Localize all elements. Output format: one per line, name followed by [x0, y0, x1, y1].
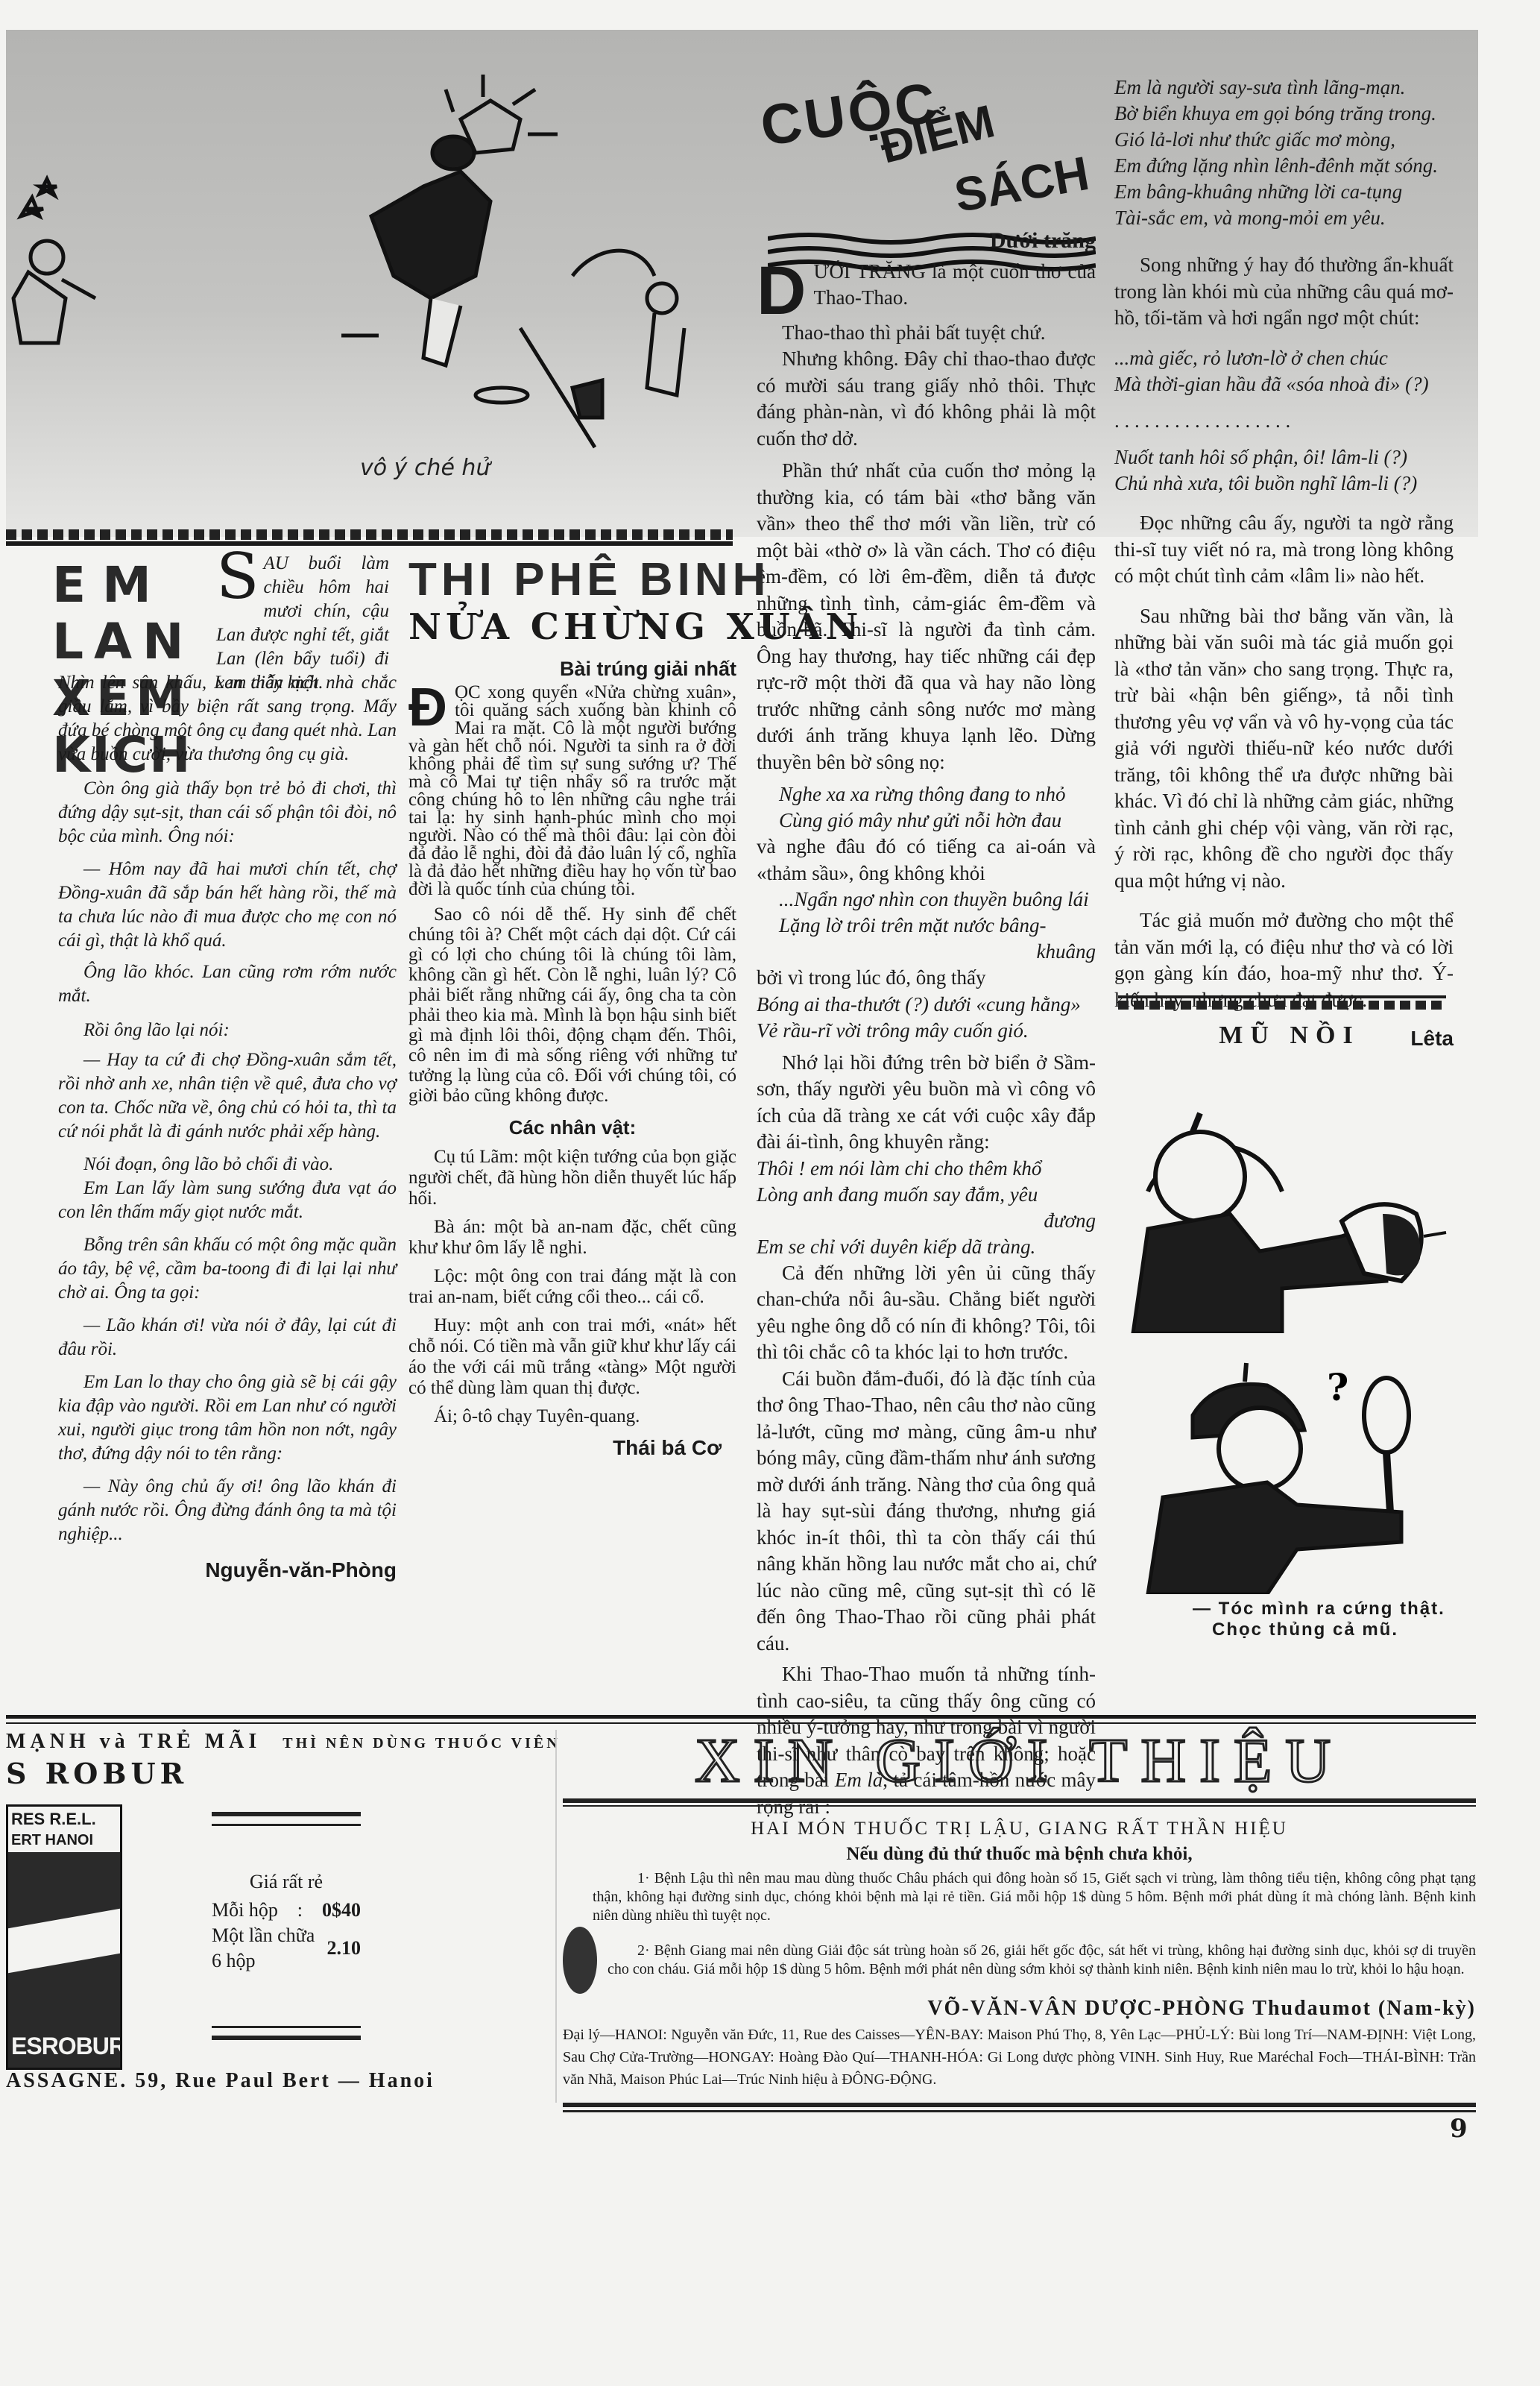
story-paragraph: Rồi ông lão lại nói: [58, 1019, 397, 1042]
poem-line: Chủ nhà xưa, tôi buồn nghĩ lâm-li (?) [1114, 470, 1454, 497]
svg-text:?: ? [1327, 1365, 1348, 1409]
review-paragraph: Đọc những câu ấy, người ta ngờ rằng thi-… [1114, 510, 1454, 590]
characters-heading: Các nhân vật: [408, 1116, 736, 1139]
story-paragraph: — Hôm nay đã hai mươi chín tết, chợ Đồng… [58, 857, 397, 953]
critique-subtitle: Bài trúng giải nhất [408, 658, 736, 681]
page-number: 9 [1450, 2114, 1468, 2144]
review-paragraph: Nhớ lại hồi đứng trên bờ biển ở Sầm-sơn,… [757, 1050, 1096, 1156]
robur-price-box: Giá rất rẻ Mỗi hộp : 0$40 Một lần chữa 6… [212, 1812, 361, 2040]
medicine-seal-icon [563, 1927, 597, 1994]
story-paragraph: Nói đoạn, ông lão bỏ chổi đi vào. [58, 1153, 397, 1177]
critique-column: THI PHÊ BINH NỬA CHỪNG XUÂN Bài trúng gi… [408, 555, 736, 1460]
poem-line: Gió lả-lơi như thức giấc mơ mòng, [1114, 127, 1454, 153]
robur-headline-main: MẠNH và TRẺ MÃI [6, 1730, 261, 1753]
story-paragraph: Còn ông già thấy bọn trẻ bỏ đi chơi, thì… [58, 777, 397, 849]
poem-excerpt: Bóng ai tha-thướt (?) dưới «cung hằng» V… [757, 992, 1096, 1044]
review-paragraph: Cả đến những lời yên ủi cũng thấy chan-c… [757, 1260, 1096, 1366]
poem-line: Em đứng lặng nhìn lênh-đênh mặt sóng. [1114, 153, 1454, 179]
review-paragraph: và nghe đâu đó có tiếng ca ai-oán và «th… [757, 834, 1096, 887]
character-entry: Cụ tú Lãm: một kiện tướng của bọn giặc n… [408, 1147, 736, 1209]
critique-dropcap: Đ [408, 687, 447, 728]
review-intro: ƯỚI TRĂNG là một cuốn thơ của Thao-Thao. [813, 260, 1096, 309]
critique-title-line2: NỬA CHỪNG XUÂN [408, 604, 736, 650]
story-paragraph: Em Lan lấy làm sung sướng đưa vạt áo con… [58, 1177, 397, 1224]
cartoon-caption-line1: — Tóc mình ra cứng thật. [1118, 1599, 1461, 1619]
story-paragraph: — Này ông chủ ấy ơi! ông lão khán đi gán… [58, 1475, 397, 1546]
cartoon-panel: MŨ NỒI ? — Tóc mình ra cứng thật. Chọc t… [1118, 1014, 1461, 1685]
ornamental-divider [6, 529, 733, 540]
critique-paragraph: ỌC xong quyển «Nửa chừng xuân», tôi quăn… [408, 682, 736, 899]
poem-line: Mà thời-gian hầu đã «sóa nhoà đi» (?) [1114, 371, 1454, 397]
review-paragraph: Nhưng không. Đây chỉ thao-thao được có m… [757, 346, 1096, 452]
critique-signature: Thái bá Cơ [408, 1436, 736, 1460]
story-title-line: EM [52, 561, 205, 610]
poem-line: Em bâng-khuâng những lời ca-tụng [1114, 179, 1454, 205]
book-title: Dưới trăng [757, 227, 1096, 254]
story-paragraph: — Hay ta cứ đi chợ Đồng-xuân sắm tết, rồ… [58, 1048, 397, 1144]
character-entry: Bà án: một bà an-nam đặc, chết cũng khư … [408, 1217, 736, 1259]
poem-excerpt: ...mà giếc, rỏ lươn-lờ ở chen chúc Mà th… [1114, 345, 1454, 397]
story-paragraph: Bỗng trên sân khấu có một ông mặc quần á… [58, 1233, 397, 1305]
story-body: Nhìn lên sân khấu, Lan thấy một nhà chắc… [58, 671, 397, 1582]
robur-advertisement: MẠNH và TRẺ MÃI THÌ NÊN DÙNG THUỐC VIÊN … [6, 1730, 558, 2103]
medicine-advertisement: XIN GIỚI THIỆU HAI MÓN THUỐC TRỊ LẬU, GI… [563, 1730, 1476, 2112]
price-row: Một lần chữa 6 hộp 2.10 [212, 1923, 361, 1974]
cartoon-man-mirror-icon: ? [1118, 1348, 1461, 1594]
review-paragraph: Thao-thao thì phải bất tuyệt chứ. [757, 320, 1096, 347]
poem-line: Nuốt tanh hôi số phận, ôi! lâm-li (?) [1114, 444, 1454, 470]
price-sep: : [297, 1898, 303, 1923]
poem-line: Bờ biển khuya em gọi bóng trăng trong. [1114, 101, 1454, 127]
robur-box-brand: ESROBUR [11, 2033, 122, 2060]
cartoon-man-hat-icon [1118, 1065, 1461, 1333]
ad-divider [555, 1730, 557, 2103]
poem-line: Cùng gió mây như gửi nỗi hờn đau [779, 808, 1096, 834]
story-paragraph: Em Lan lo thay cho ông già sẽ bị cái gậy… [58, 1370, 397, 1466]
robur-box-label: ERT HANOI [8, 1832, 120, 1852]
story-title-line: LAN [52, 617, 205, 667]
illustration-caption: vô ý ché hử [360, 455, 490, 481]
medicine-headline: HAI MÓN THUỐC TRỊ LẬU, GIANG RẤT THẦN HI… [563, 1819, 1476, 1839]
character-entry: Ái; ô-tô chạy Tuyên-quang. [408, 1406, 736, 1427]
review-paragraph: bởi vì trong lúc đó, ông thấy [757, 965, 1096, 992]
story-paragraph: Ông lão khóc. Lan cũng rơm rớm nước mắt. [58, 960, 397, 1008]
price-value: 2.10 [327, 1936, 362, 1961]
price-value: 0$40 [322, 1898, 361, 1923]
poem-line: Thôi ! em nói làm chi cho thêm khổ [757, 1156, 1096, 1182]
poem-line: Nghe xa xa rừng thông đang to nhỏ [779, 781, 1096, 808]
robur-brand: S ROBUR [6, 1757, 558, 1790]
price-label: Mỗi hộp [212, 1898, 278, 1923]
pharmacy-name: VÕ-VĂN-VÂN DƯỢC-PHÒNG Thudaumot (Nam-kỳ) [563, 1997, 1476, 2021]
poem-line: đương [757, 1208, 1096, 1234]
medicine-ad-title: XIN GIỚI THIỆU [563, 1730, 1476, 1792]
poem-line: ...Ngẩn ngơ nhìn con thuyền buông lái [779, 887, 1096, 913]
poem-line: Bóng ai tha-thướt (?) dưới «cung hằng» [757, 992, 1096, 1018]
robur-headline: MẠNH và TRẺ MÃI THÌ NÊN DÙNG THUỐC VIÊN [6, 1730, 558, 1754]
poem-excerpt: Em là người say-sưa tình lãng-mạn. Bờ bi… [1114, 75, 1454, 231]
poem-line: Em là người say-sưa tình lãng-mạn. [1114, 75, 1454, 101]
character-entry: Huy: một anh con trai mới, «nát» hết chỗ… [408, 1315, 736, 1399]
ornamental-divider [1118, 1001, 1446, 1010]
ellipsis-row: . . . . . . . . . . . . . . . . . . [1114, 408, 1454, 435]
robur-product-box: RES R.E.L. ERT HANOI ESROBUR [6, 1804, 122, 2070]
cartoon-caption-line2: Chọc thủng cả mũ. [1118, 1619, 1461, 1640]
review-paragraph: Sau những bài thơ bằng văn vần, là những… [1114, 603, 1454, 895]
medicine-item-1: 1· Bệnh Lậu thì nên mau mau dùng thuốc C… [563, 1869, 1476, 1925]
poem-line: ...mà giếc, rỏ lươn-lờ ở chen chúc [1114, 345, 1454, 371]
poem-excerpt: Thôi ! em nói làm chi cho thêm khổ Lòng … [757, 1156, 1096, 1260]
poem-line: khuâng [779, 939, 1096, 965]
divider-rule [6, 541, 733, 546]
poem-excerpt: Nghe xa xa rừng thông đang to nhỏ Cùng g… [779, 781, 1096, 834]
poem-line: Lòng anh đang muốn say đắm, yêu [757, 1182, 1096, 1208]
poem-line: Vẻ rầu-rĩ vời trông mây cuốn gió. [757, 1018, 1096, 1044]
story-text: Nhìn lên sân khấu, Lan thấy một nhà chắc… [58, 673, 397, 764]
poem-line: Em se chỉ với duyên kiếp dã tràng. [757, 1234, 1096, 1260]
character-entry: Lộc: một ông con trai đáng mặt là con tr… [408, 1266, 736, 1308]
story-paragraph: Nhìn lên sân khấu, Lan thấy một nhà chắc… [58, 671, 397, 767]
review-paragraph: Cái buồn đắm-đuối, đó là đặc tính của th… [757, 1366, 1096, 1658]
price-label: 6 hộp [212, 1948, 315, 1974]
critique-title-line1: THI PHÊ BINH [408, 555, 736, 604]
bottom-divider [6, 1715, 1476, 1719]
price-label: Một lần chữa [212, 1923, 315, 1948]
divider-rule [1118, 995, 1446, 998]
book-review-column-1: Dưới trăng D ƯỚI TRĂNG là một cuốn thơ c… [757, 227, 1096, 1820]
story-dropcap: S [216, 552, 259, 601]
poem-line: Tài-sắc em, và mong-mỏi em yêu. [1114, 205, 1454, 231]
poem-excerpt: Nuốt tanh hôi số phận, ôi! lâm-li (?) Ch… [1114, 444, 1454, 497]
poem-line: Lặng lờ trôi trên mặt nước bâng- [779, 913, 1096, 939]
title-word-sach: SÁCH [950, 145, 1093, 223]
story-signature: Nguyễn-văn-Phòng [58, 1558, 397, 1582]
price-heading: Giá rất rẻ [212, 1871, 361, 1893]
review-paragraph: Song những ý hay đó thường ẩn-khuất tron… [1114, 252, 1454, 332]
cartoon-title: MŨ NỒI [1118, 1022, 1461, 1050]
price-row: Mỗi hộp : 0$40 [212, 1898, 361, 1923]
poem-excerpt: ...Ngẩn ngơ nhìn con thuyền buông lái Lặ… [779, 887, 1096, 965]
critique-paragraph: Sao cô nói dễ thế. Hy sinh để chết chúng… [408, 904, 736, 1106]
agents-list: Đại lý—HANOI: Nguyễn văn Đức, 11, Rue de… [563, 2024, 1476, 2091]
robur-box-label: RES R.E.L. [8, 1807, 120, 1832]
medicine-item-2: 2· Bệnh Giang mai nên dùng Giải độc sát … [608, 1942, 1476, 1979]
book-review-column-2: Em là người say-sưa tình lãng-mạn. Bờ bi… [1114, 75, 1454, 1051]
robur-address: ASSAGNE. 59, Rue Paul Bert — Hanoi [6, 2069, 435, 2093]
dropcap: D [757, 262, 806, 320]
story-paragraph: — Lão khán ơi! vừa nói ở đây, lại cút đi… [58, 1314, 397, 1362]
bottom-divider [6, 1722, 1476, 1724]
robur-headline-sub: THÌ NÊN DÙNG THUỐC VIÊN [283, 1735, 560, 1751]
medicine-subheadline: Nếu dùng đủ thứ thuốc mà bệnh chưa khỏi, [563, 1844, 1476, 1865]
